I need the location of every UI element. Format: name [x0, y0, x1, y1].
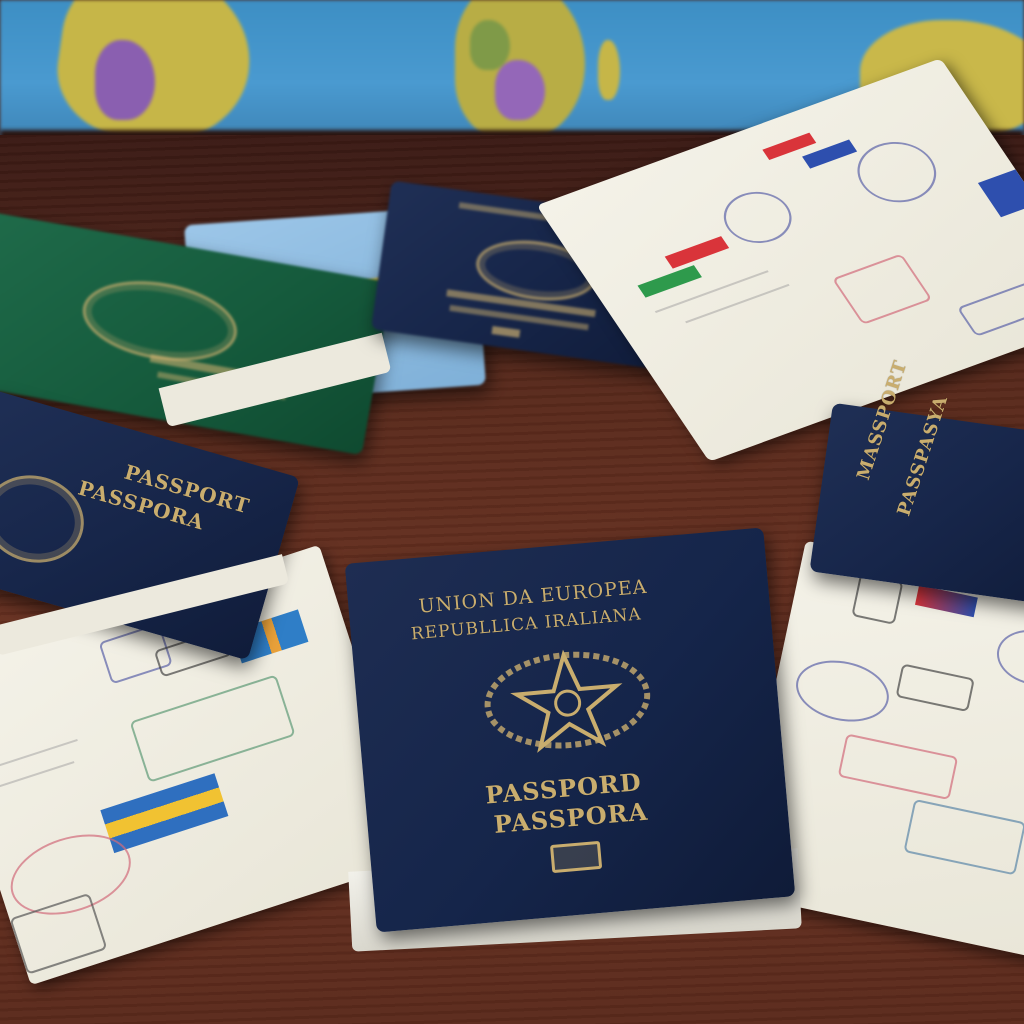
flag-blue-yellow: [978, 169, 1024, 217]
flag-india-red: [665, 236, 729, 268]
visa-stamp-rect: [895, 663, 974, 712]
visa-stamp-rect: [832, 253, 933, 324]
south-america-region: [95, 40, 155, 120]
visa-stamp-rect: [957, 276, 1024, 337]
biometric-chip-icon: [550, 841, 602, 873]
chip-symbol: [491, 326, 520, 338]
visa-stamp-rect: [838, 733, 959, 800]
visa-text-line: [685, 284, 790, 323]
visa-stamp-round: [844, 132, 950, 212]
flag-blue-yellow-stripe: [100, 773, 228, 853]
visa-stamp-round: [790, 652, 894, 729]
visa-stamp-rect: [903, 799, 1024, 876]
flag-india-green: [638, 265, 702, 297]
south-america-landmass: [49, 0, 261, 138]
photo-scene: PASSPORT PASSPORA MASSPORT PASSPASYA UNI…: [0, 0, 1024, 1024]
africa-region: [495, 60, 545, 120]
visa-stamp-round: [992, 623, 1024, 691]
star-wreath-icon: [473, 637, 662, 762]
madagascar: [598, 40, 620, 100]
visa-text-line: [0, 761, 74, 788]
visa-stamp-round: [712, 183, 803, 251]
center-navy-passport: UNION DA EUROPEA REPUBLLICA IRALIANA PAS…: [345, 527, 796, 932]
visa-stamp-rect: [129, 674, 295, 782]
coat-of-arms-emblem: [473, 637, 662, 762]
africa-region-green: [470, 20, 510, 70]
